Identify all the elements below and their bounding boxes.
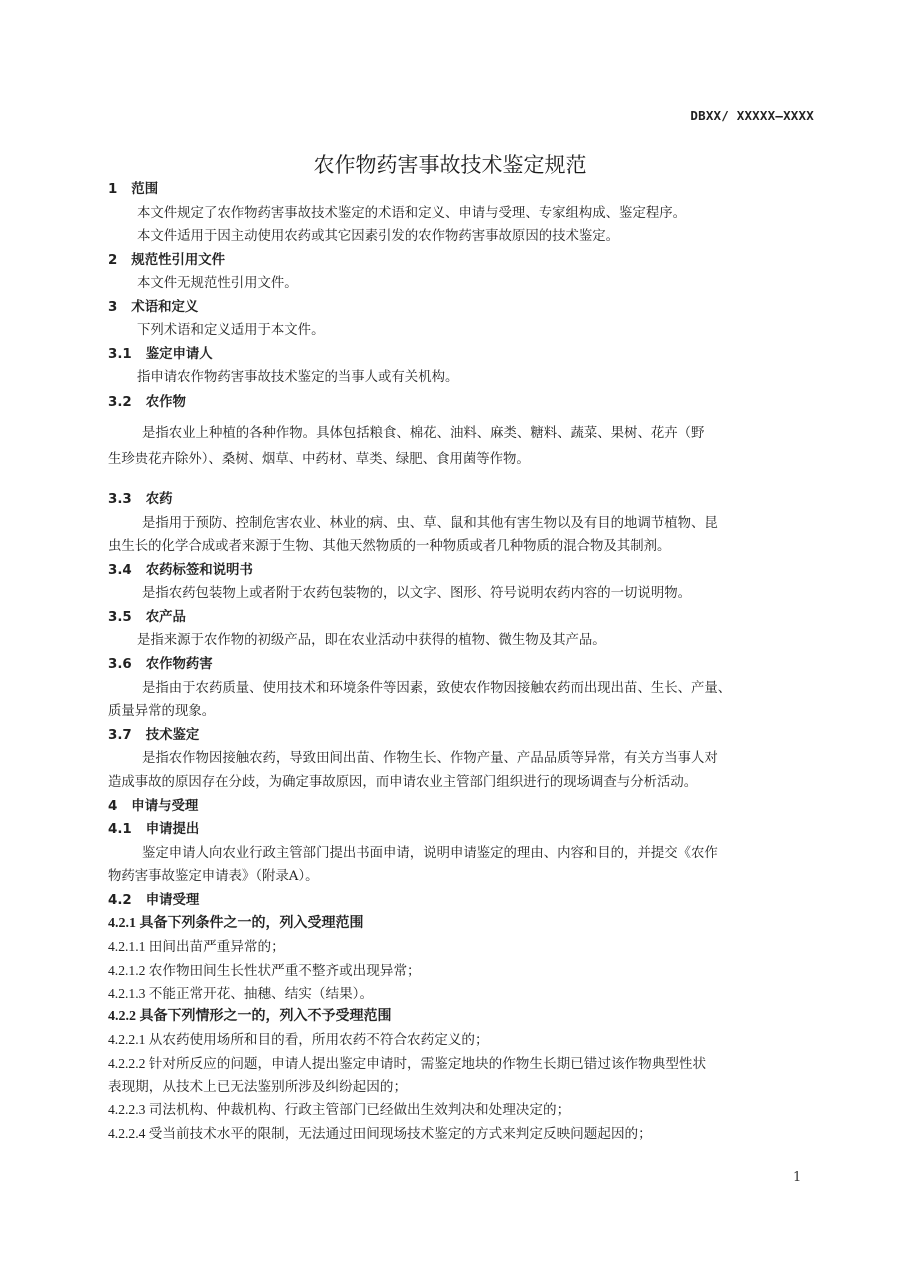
term-3-3-heading: 3.3 农药 bbox=[108, 490, 173, 510]
paragraph: 是指由于农药质量、使用技术和环境条件等因素，致使农作物因接触农药而出现出苗、生长… bbox=[142, 679, 731, 699]
section-1-heading: 1 范围 bbox=[108, 180, 158, 200]
section-4-1-heading: 4.1 申请提出 bbox=[108, 820, 199, 840]
list-item: 4.2.2.4 受当前技术水平的限制，无法通过田间现场技术鉴定的方式来判定反映问… bbox=[108, 1124, 652, 1144]
section-2-heading: 2 规范性引用文件 bbox=[108, 251, 225, 271]
list-item: 4.2.1.2 农作物田间生长性状严重不整齐或出现异常； bbox=[108, 961, 421, 981]
section-4-2-heading: 4.2 申请受理 bbox=[108, 891, 199, 911]
paragraph: 指申请农作物药害事故技术鉴定的当事人或有关机构。 bbox=[137, 368, 458, 388]
list-item-continued: 表现期，从技术上已无法鉴别所涉及纠纷起因的； bbox=[108, 1077, 407, 1097]
paragraph-continued: 生珍贵花卉除外）、桑树、烟草、中药材、草类、绿肥、食用菌等作物。 bbox=[108, 450, 530, 470]
paragraph: 是指来源于农作物的初级产品，即在农业活动中获得的植物、微生物及其产品。 bbox=[137, 631, 606, 651]
paragraph: 是指农作物因接触农药，导致田间出苗、作物生长、作物产量、产品品质等异常，有关方当… bbox=[142, 749, 718, 769]
term-3-2-heading: 3.2 农作物 bbox=[108, 393, 186, 413]
paragraph: 本文件适用于因主动使用农药或其它因素引发的农作物药害事故原因的技术鉴定。 bbox=[137, 227, 619, 247]
term-3-7-heading: 3.7 技术鉴定 bbox=[108, 726, 199, 746]
paragraph-continued: 虫生长的化学合成或者来源于生物、其他天然物质的一种物质或者几种物质的混合物及其制… bbox=[108, 537, 670, 557]
paragraph: 鉴定申请人向农业行政主管部门提出书面申请，说明申请鉴定的理由、内容和目的，并提交… bbox=[142, 844, 718, 864]
section-4-heading: 4 申请与受理 bbox=[108, 797, 198, 817]
page-number: 1 bbox=[793, 1170, 801, 1185]
document-code: DBXX/ XXXXX—XXXX bbox=[690, 108, 814, 123]
list-item: 4.2.2.3 司法机构、仲裁机构、行政主管部门已经做出生效判决和处理决定的； bbox=[108, 1100, 570, 1120]
term-3-1-heading: 3.1 鉴定申请人 bbox=[108, 345, 213, 365]
paragraph: 本文件无规范性引用文件。 bbox=[137, 274, 298, 294]
page-title: 农作物药害事故技术鉴定规范 bbox=[0, 149, 900, 179]
paragraph-continued: 物药害事故鉴定申请表》（附录A）。 bbox=[108, 867, 319, 887]
paragraph-continued: 质量异常的现象。 bbox=[108, 702, 215, 722]
term-3-6-heading: 3.6 农作物药害 bbox=[108, 655, 213, 675]
list-item: 4.2.2.1 从农药使用场所和目的看，所用农药不符合农药定义的； bbox=[108, 1030, 489, 1050]
section-4-2-1-heading: 4.2.1 具备下列条件之一的，列入受理范围 bbox=[108, 914, 364, 934]
term-3-4-heading: 3.4 农药标签和说明书 bbox=[108, 561, 253, 581]
section-4-2-2-heading: 4.2.2 具备下列情形之一的，列入不予受理范围 bbox=[108, 1007, 392, 1027]
paragraph: 下列术语和定义适用于本文件。 bbox=[137, 321, 324, 341]
paragraph-continued: 造成事故的原因存在分歧，为确定事故原因，而申请农业主管部门组织进行的现场调查与分… bbox=[108, 773, 697, 793]
paragraph: 是指用于预防、控制危害农业、林业的病、虫、草、鼠和其他有害生物以及有目的地调节植… bbox=[142, 514, 718, 534]
paragraph: 本文件规定了农作物药害事故技术鉴定的术语和定义、申请与受理、专家组构成、鉴定程序… bbox=[137, 204, 686, 224]
section-3-heading: 3 术语和定义 bbox=[108, 298, 198, 318]
paragraph: 是指农药包装物上或者附于农药包装物的，以文字、图形、符号说明农药内容的一切说明物… bbox=[142, 584, 691, 604]
list-item: 4.2.1.1 田间出苗严重异常的； bbox=[108, 937, 285, 957]
paragraph: 是指农业上种植的各种作物。具体包括粮食、棉花、油料、麻类、糖料、蔬菜、果树、花卉… bbox=[142, 424, 704, 444]
term-3-5-heading: 3.5 农产品 bbox=[108, 608, 186, 628]
list-item: 4.2.2.2 针对所反应的问题，申请人提出鉴定申请时，需鉴定地块的作物生长期已… bbox=[108, 1054, 706, 1074]
list-item: 4.2.1.3 不能正常开花、抽穗、结实（结果）。 bbox=[108, 984, 373, 1004]
